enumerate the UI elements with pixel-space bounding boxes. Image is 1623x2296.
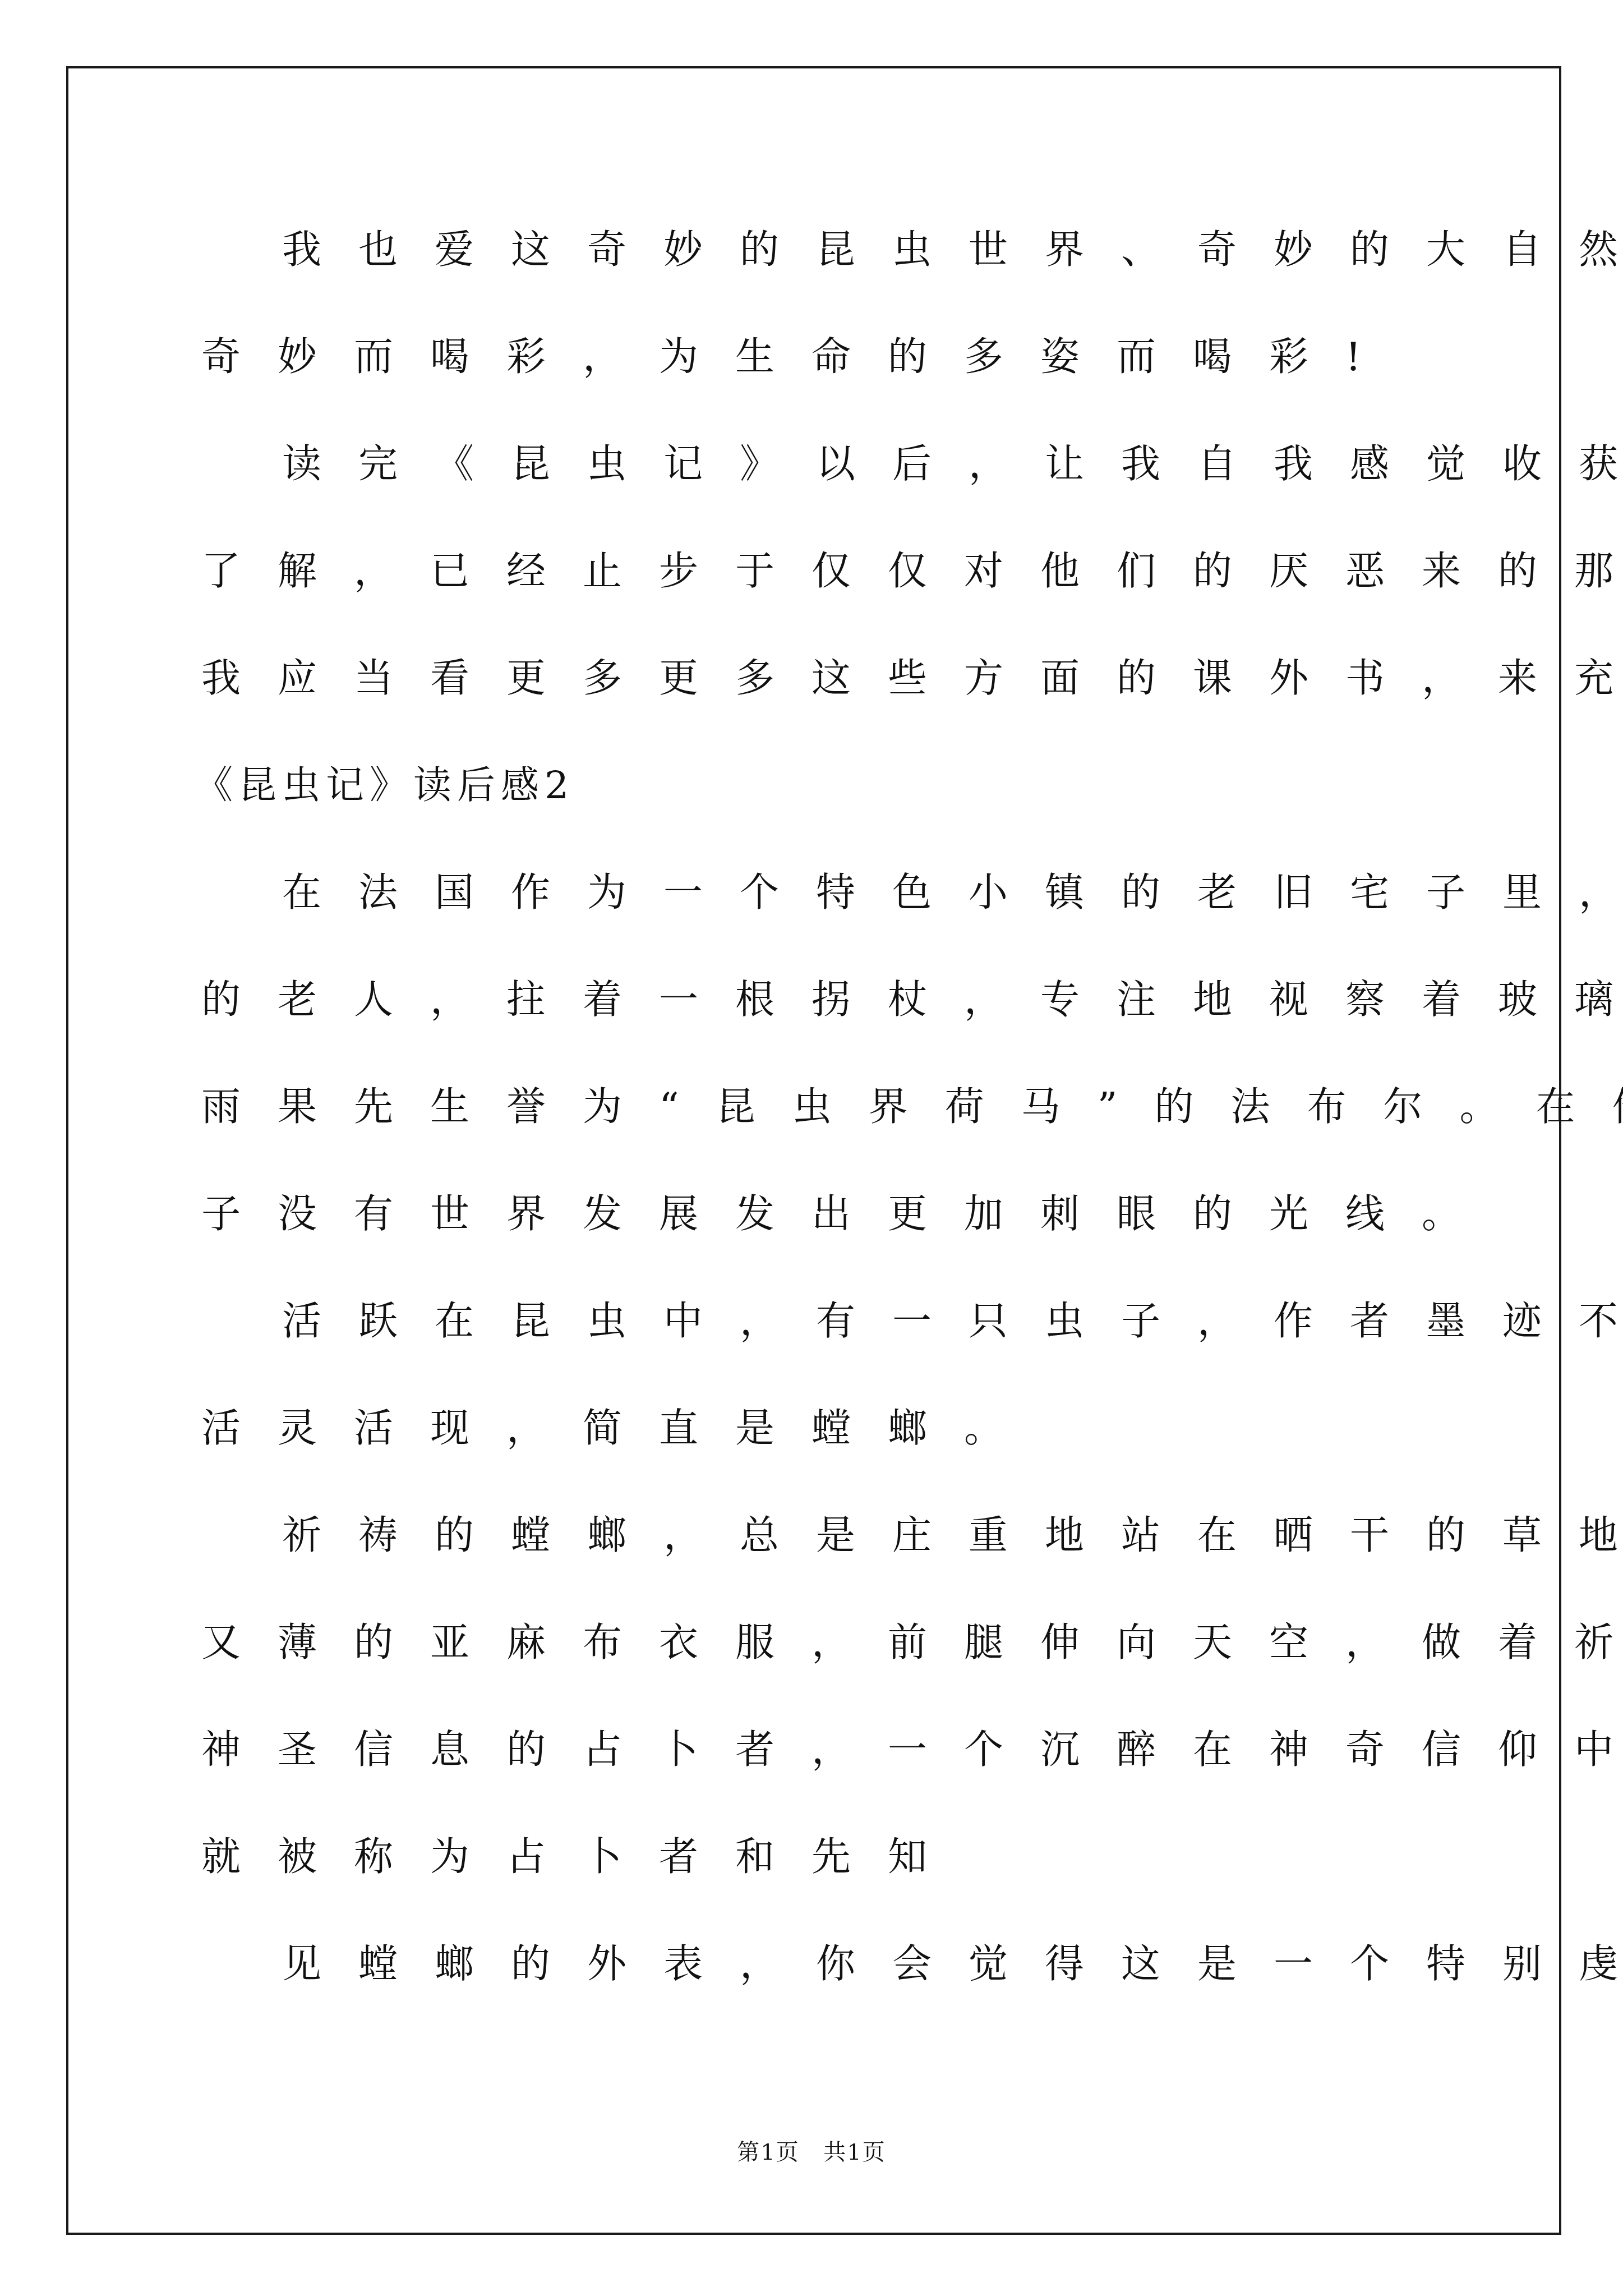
paragraph-line: 的老人，拄着一根拐杖，专注地视察着玻璃箱里的虫子，他，就是被 <box>201 946 1435 1053</box>
paragraph-line: 活灵活现，简直是螳螂。 <box>201 1375 1435 1482</box>
paragraph-line: 就被称为占卜者和先知 <box>201 1803 1435 1911</box>
section-heading: 《昆虫记》读后感2 <box>195 732 1435 839</box>
paragraph-line: 雨果先生誉为“昆虫界荷马”的法布尔。在他的笔下，小小的各种虫 <box>201 1053 1435 1161</box>
total-pages-label: 共1页 <box>823 2139 886 2165</box>
current-page-label: 第1页 <box>737 2139 799 2165</box>
paragraph-line: 活跃在昆虫中，有一只虫子，作者墨迹不多，但写得惟妙惟肖， <box>201 1268 1435 1375</box>
paragraph-line: 又薄的亚麻布衣服，前腿伸向天空，做着祈祷的动作，被农夫们视为 <box>201 1589 1435 1696</box>
paragraph-line: 祈祷的螳螂，总是庄重地站在晒干的草地上，穿着一件又长又宽 <box>201 1482 1435 1589</box>
paragraph-line: 见螳螂的外表，你会觉得这是一个特别虔诚的信徒，但谁曾想到， <box>201 1911 1435 2018</box>
paragraph-line: 我应当看更多更多这些方面的课外书，来充溢自己的精神生活! <box>201 625 1435 732</box>
paragraph-line: 神圣信息的占卜者，一个沉醉在神奇信仰中的苦行修女，远在古希腊 <box>201 1696 1435 1803</box>
paragraph-line: 读完《昆虫记》以后，让我自我感觉收获颇丰。因为我对昆虫的 <box>201 411 1435 518</box>
paragraph-line: 了解，已经止步于仅仅对他们的厌恶来的那么肤浅了。所以，以后， <box>201 518 1435 625</box>
paragraph-line: 我也爱这奇妙的昆虫世界、奇妙的大自然!让我们一起为大自然的 <box>201 196 1435 303</box>
paragraph-line: 奇妙而喝彩，为生命的多姿而喝彩! <box>201 303 1435 411</box>
page-footer: 第1页 共1页 <box>0 2134 1623 2166</box>
paragraph-line: 子没有世界发展发出更加刺眼的光线。 <box>201 1161 1435 1268</box>
document-body: 我也爱这奇妙的昆虫世界、奇妙的大自然!让我们一起为大自然的 奇妙而喝彩，为生命的… <box>201 196 1435 2018</box>
paragraph-line: 在法国作为一个特色小镇的老旧宅子里，一个学生头发已经花白 <box>201 839 1435 946</box>
